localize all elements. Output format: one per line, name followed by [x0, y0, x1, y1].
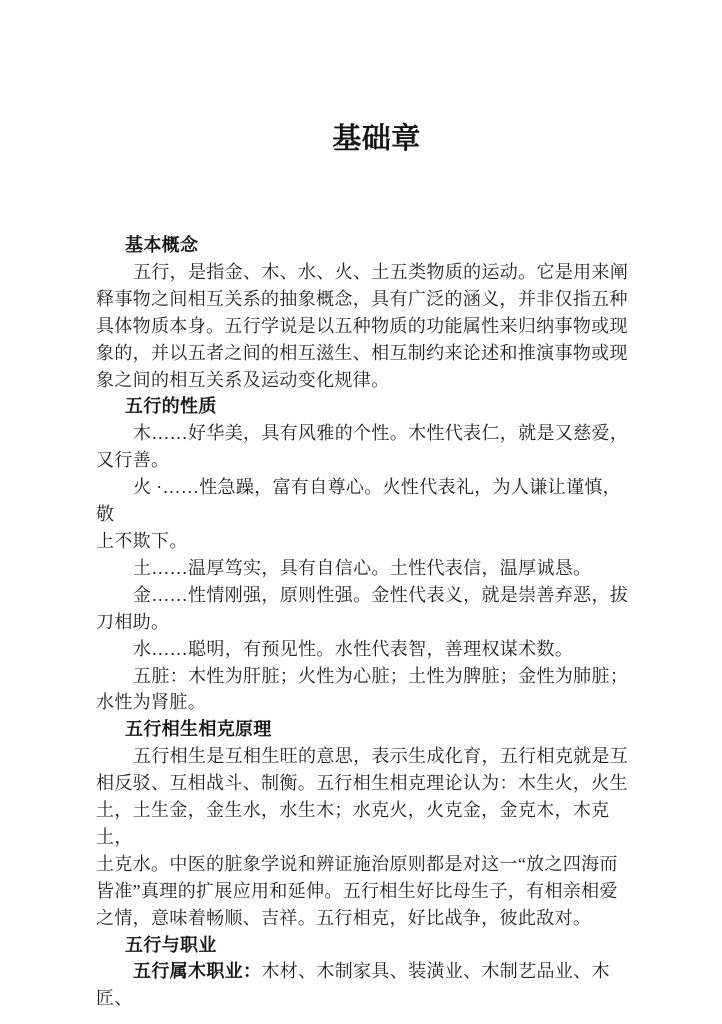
paragraph: 水……聪明，有预见性。水性代表智，善理权谋术数。	[96, 636, 632, 663]
paragraph: 土……温厚笃实，具有自信心。土性代表信，温厚诚恳。	[96, 555, 632, 582]
document-page: 基础章 基本概念五行，是指金、木、水、火、土五类物质的运动。它是用来阐释事物之间…	[0, 0, 722, 1024]
section-heading: 五行相生相克原理	[96, 716, 632, 743]
paragraph: 火 ·……性急躁，富有自尊心。火性代表礼，为人谦让谨慎，敬上不欺下。	[96, 474, 632, 555]
paragraph: 金……性情刚强，原则性强。金性代表义，就是崇善弃恶，拔刀相助。	[96, 582, 632, 636]
section-heading: 五行的性质	[96, 393, 632, 420]
paragraph-lead: 五行属木职业：	[133, 961, 261, 981]
paragraph: 五脏：木性为肝脏；火性为心脏；土性为脾脏；金性为肺脏；水性为肾脏。	[96, 663, 632, 717]
page-title: 基础章	[0, 122, 722, 156]
paragraph: 五行，是指金、木、水、火、土五类物质的运动。它是用来阐释事物之间相互关系的抽象概…	[96, 259, 632, 394]
paragraph: 木……好华美，具有风雅的个性。木性代表仁，就是又慈爱，又行善。	[96, 420, 632, 474]
paragraph: 五行属木职业：木材、木制家具、装潢业、木制艺品业、木匠、	[96, 958, 632, 1012]
document-content: 基本概念五行，是指金、木、水、火、土五类物质的运动。它是用来阐释事物之间相互关系…	[96, 232, 632, 1012]
section-heading: 五行与职业	[96, 932, 632, 959]
section-heading: 基本概念	[96, 232, 632, 259]
paragraph: 五行相生是互相生旺的意思，表示生成化育，五行相克就是互相反驳、互相战斗、制衡。五…	[96, 743, 632, 931]
